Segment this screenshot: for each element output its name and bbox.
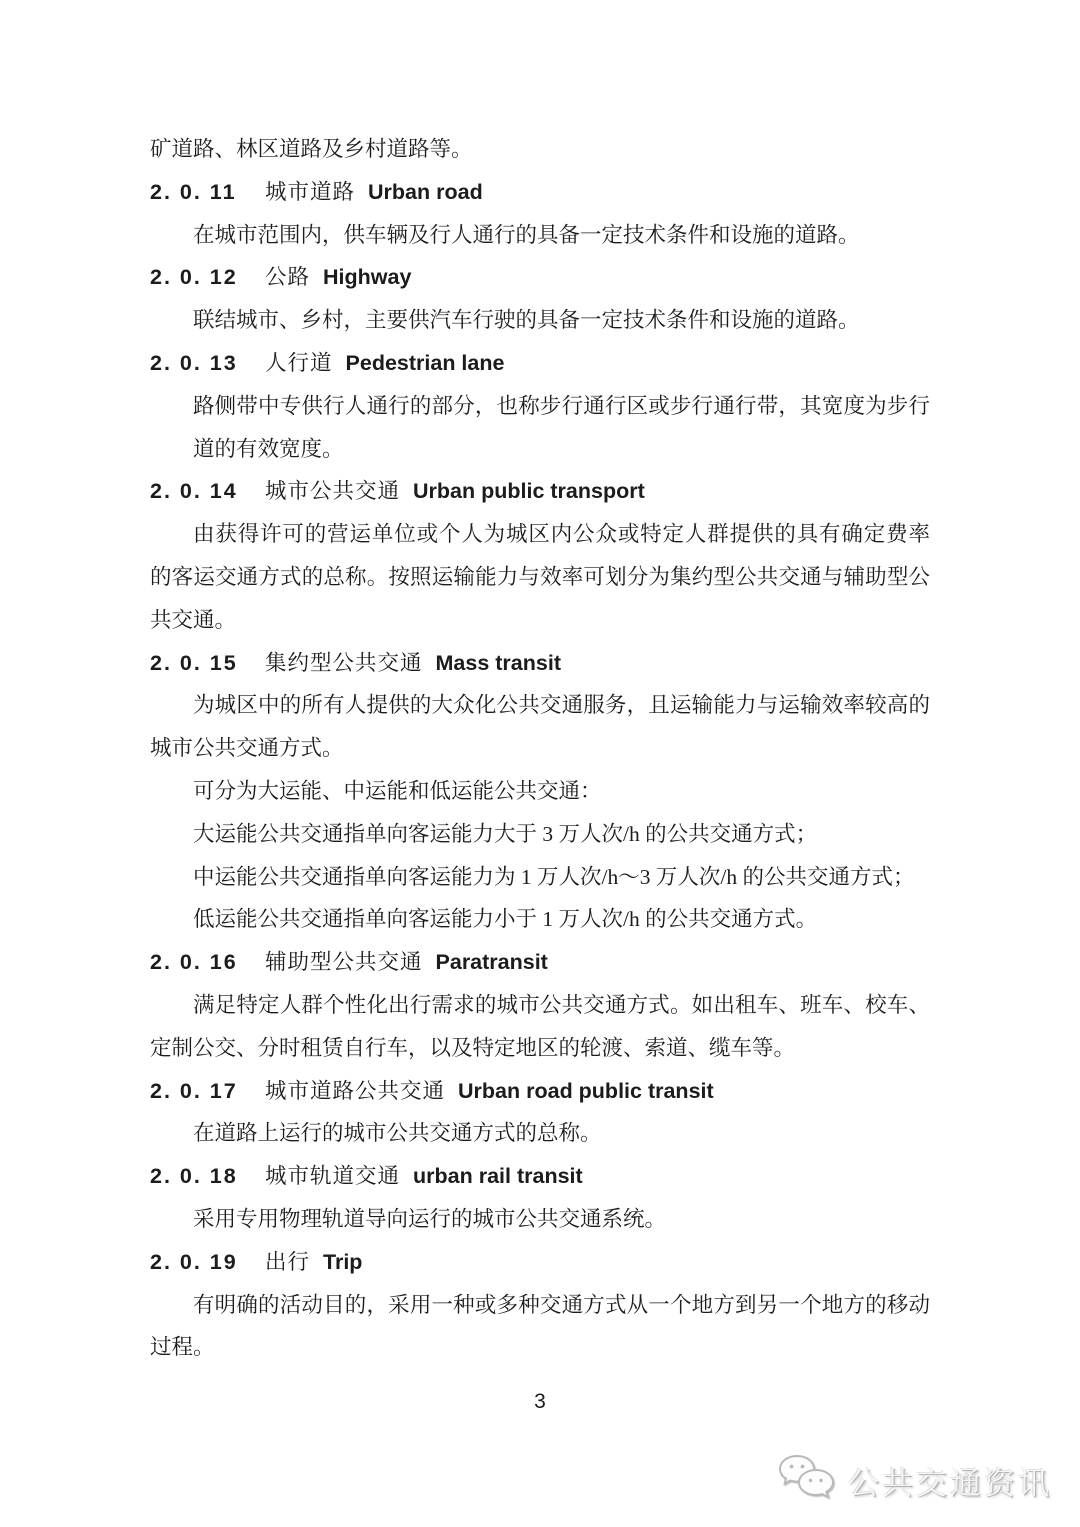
term-english: Urban road public transit bbox=[458, 1070, 714, 1113]
term-english: urban rail transit bbox=[413, 1155, 583, 1198]
section-number: 2. 0. 14 bbox=[150, 470, 265, 513]
body-line: 在道路上运行的城市公共交通方式的总称。 bbox=[150, 1112, 930, 1155]
term-english: Highway bbox=[323, 256, 411, 299]
section-heading-2-0-13: 2. 0. 13人行道Pedestrian lane bbox=[150, 342, 930, 385]
section-heading-2-0-15: 2. 0. 15集约型公共交通Mass transit bbox=[150, 642, 930, 685]
body-line: 低运能公共交通指单向客运能力小于 1 万人次/h 的公共交通方式。 bbox=[150, 898, 930, 941]
term-english: Pedestrian lane bbox=[346, 342, 505, 385]
body-line: 过程。 bbox=[150, 1326, 930, 1369]
body-line: 城市公共交通方式。 bbox=[150, 727, 930, 770]
section-number: 2. 0. 15 bbox=[150, 642, 265, 685]
term-chinese: 城市公共交通 bbox=[265, 470, 400, 513]
term-english: Paratransit bbox=[436, 941, 548, 984]
section-heading-2-0-14: 2. 0. 14城市公共交通Urban public transport bbox=[150, 470, 930, 513]
body-line: 道的有效宽度。 bbox=[150, 428, 930, 471]
body-line: 中运能公共交通指单向客运能力为 1 万人次/h～3 万人次/h 的公共交通方式； bbox=[150, 856, 930, 899]
watermark: 公共交通资讯 bbox=[774, 1453, 1052, 1507]
wechat-icon bbox=[774, 1453, 838, 1507]
term-chinese: 出行 bbox=[265, 1241, 310, 1284]
body-line: 定制公交、分时租赁自行车，以及特定地区的轮渡、索道、缆车等。 bbox=[150, 1027, 930, 1070]
section-heading-2-0-12: 2. 0. 12公路Highway bbox=[150, 256, 930, 299]
term-chinese: 辅助型公共交通 bbox=[265, 941, 423, 984]
body-line: 有明确的活动目的，采用一种或多种交通方式从一个地方到另一个地方的移动 bbox=[150, 1284, 930, 1327]
body-line: 路侧带中专供行人通行的部分，也称步行通行区或步行通行带，其宽度为步行 bbox=[150, 385, 930, 428]
body-line: 由获得许可的营运单位或个人为城区内公众或特定人群提供的具有确定费率 bbox=[150, 513, 930, 556]
section-number: 2. 0. 17 bbox=[150, 1070, 265, 1113]
section-number: 2. 0. 19 bbox=[150, 1241, 265, 1284]
section-heading-2-0-16: 2. 0. 16辅助型公共交通Paratransit bbox=[150, 941, 930, 984]
section-number: 2. 0. 11 bbox=[150, 171, 265, 214]
term-english: Trip bbox=[323, 1241, 362, 1284]
section-number: 2. 0. 18 bbox=[150, 1155, 265, 1198]
body-line: 为城区中的所有人提供的大众化公共交通服务，且运输能力与运输效率较高的 bbox=[150, 684, 930, 727]
watermark-label: 公共交通资讯 bbox=[848, 1458, 1052, 1503]
body-line: 大运能公共交通指单向客运能力大于 3 万人次/h 的公共交通方式； bbox=[150, 813, 930, 856]
term-chinese: 城市道路公共交通 bbox=[265, 1070, 445, 1113]
term-chinese: 集约型公共交通 bbox=[265, 642, 423, 685]
document-page: 矿道路、林区道路及乡村道路等。 2. 0. 11城市道路Urban road 在… bbox=[0, 0, 1080, 1527]
section-heading-2-0-11: 2. 0. 11城市道路Urban road bbox=[150, 171, 930, 214]
term-chinese: 城市道路 bbox=[265, 171, 355, 214]
section-heading-2-0-17: 2. 0. 17城市道路公共交通Urban road public transi… bbox=[150, 1070, 930, 1113]
body-line: 联结城市、乡村，主要供汽车行驶的具备一定技术条件和设施的道路。 bbox=[150, 299, 930, 342]
section-number: 2. 0. 16 bbox=[150, 941, 265, 984]
body-line: 满足特定人群个性化出行需求的城市公共交通方式。如出租车、班车、校车、 bbox=[150, 984, 930, 1027]
term-chinese: 城市轨道交通 bbox=[265, 1155, 400, 1198]
term-chinese: 公路 bbox=[265, 256, 310, 299]
section-number: 2. 0. 13 bbox=[150, 342, 265, 385]
section-number: 2. 0. 12 bbox=[150, 256, 265, 299]
term-english: Mass transit bbox=[436, 642, 561, 685]
section-heading-2-0-19: 2. 0. 19出行Trip bbox=[150, 1241, 930, 1284]
term-english: Urban public transport bbox=[413, 470, 645, 513]
body-line: 在城市范围内，供车辆及行人通行的具备一定技术条件和设施的道路。 bbox=[150, 214, 930, 257]
body-line: 的客运交通方式的总称。按照运输能力与效率可划分为集约型公共交通与辅助型公 bbox=[150, 556, 930, 599]
body-line: 矿道路、林区道路及乡村道路等。 bbox=[150, 128, 930, 171]
section-heading-2-0-18: 2. 0. 18城市轨道交通urban rail transit bbox=[150, 1155, 930, 1198]
body-line: 可分为大运能、中运能和低运能公共交通： bbox=[150, 770, 930, 813]
body-line: 共交通。 bbox=[150, 599, 930, 642]
page-number: 3 bbox=[150, 1386, 930, 1418]
term-english: Urban road bbox=[368, 171, 483, 214]
term-chinese: 人行道 bbox=[265, 342, 333, 385]
body-line: 采用专用物理轨道导向运行的城市公共交通系统。 bbox=[150, 1198, 930, 1241]
document-content: 矿道路、林区道路及乡村道路等。 2. 0. 11城市道路Urban road 在… bbox=[150, 128, 930, 1369]
